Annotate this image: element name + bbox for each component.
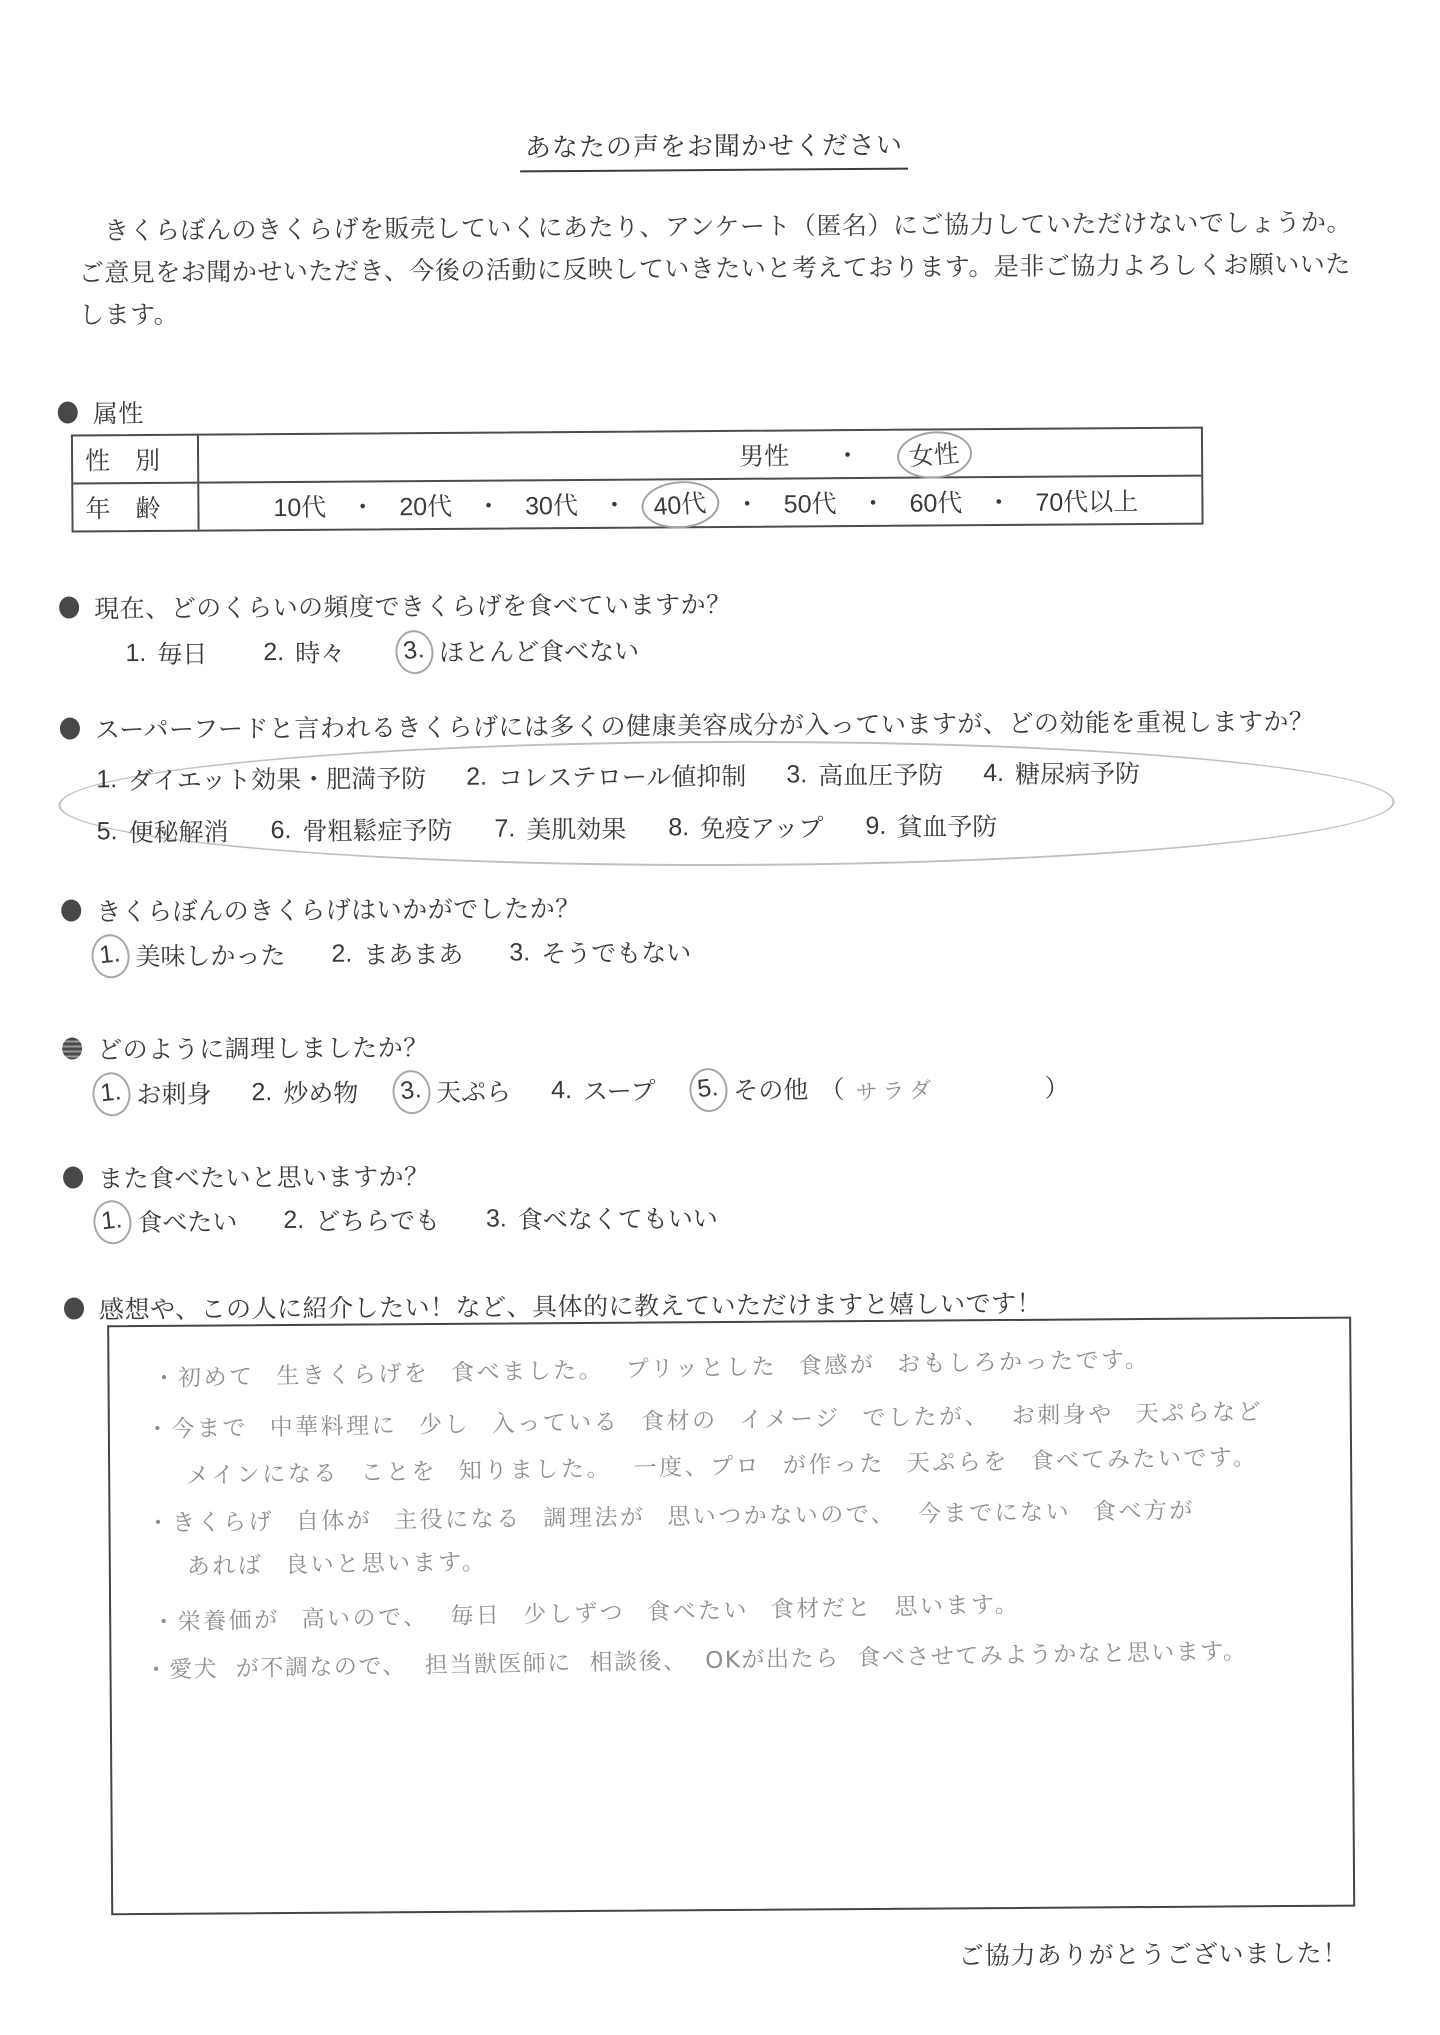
option-number: 2. <box>466 762 487 791</box>
option-sometimes: 2.時々 <box>263 634 345 671</box>
option-immunity: 8.免疫アップ <box>668 808 823 845</box>
age-option-20s: 20代 <box>399 487 452 523</box>
option-text: 便秘解消 <box>128 812 228 849</box>
option-tempura: 3.天ぷら <box>398 1072 511 1109</box>
bullet-icon <box>63 1166 83 1188</box>
paren-open: （ <box>819 1070 844 1106</box>
option-number: 4. <box>983 759 1004 788</box>
handdrawn-circle: 1. <box>90 1070 133 1118</box>
age-option-30s: 30代 <box>525 486 578 522</box>
age-option-50s: 50代 <box>784 484 837 520</box>
option-delicious: 1.美味しかった <box>97 936 285 973</box>
option-text: スープ <box>583 1071 656 1108</box>
option-number: 2. <box>251 1078 272 1107</box>
handdrawn-circle: 5. <box>687 1066 730 1114</box>
option-number: 2. <box>283 1205 304 1234</box>
option-text: ほとんど食べない <box>439 632 639 669</box>
question-eat-again-options: 1.食べたい 2.どちらでも 3.食べなくてもいい <box>99 1199 718 1239</box>
option-rarely: 3.ほとんど食べない <box>401 632 639 670</box>
gender-row: 性 別 男性 ・ 女性 <box>73 429 1201 483</box>
option-number: 6. <box>270 815 291 844</box>
handdrawn-circle-40s: 40代 <box>640 478 721 531</box>
age-row: 年 齢 10代 ・ 20代 ・ 30代 ・ 40代 ・ 50代 ・ 60代 ・ … <box>73 475 1201 531</box>
question-eat-again-heading: また食べたいと思いますか？ <box>63 1157 430 1196</box>
option-text: 骨粗鬆症予防 <box>302 811 452 848</box>
bullet-icon <box>59 596 79 618</box>
age-option-60s: 60代 <box>909 483 962 519</box>
question-eat-again-label: また食べたいと思いますか？ <box>98 1157 430 1195</box>
option-stirfry: 2.炒め物 <box>251 1074 358 1111</box>
separator-dot: ・ <box>602 486 627 522</box>
option-text: 炒め物 <box>283 1074 358 1111</box>
option-want-to-eat: 1.食べたい <box>99 1202 237 1239</box>
option-number: 2. <box>331 939 352 968</box>
option-text: コレステロール値抑制 <box>498 757 747 795</box>
separator-dot: ・ <box>986 483 1011 519</box>
age-options-cell: 10代 ・ 20代 ・ 30代 ・ 40代 ・ 50代 ・ 60代 ・ 70代以… <box>199 477 1201 530</box>
page-title: あなたの声をお聞かせください <box>520 125 908 173</box>
option-text: その他 <box>733 1070 808 1107</box>
option-text: まあまあ <box>363 935 463 972</box>
option-text: 時々 <box>295 634 345 670</box>
section-attributes-label: 属性 <box>93 394 144 430</box>
option-anemia: 9.貧血予防 <box>865 807 997 844</box>
age-option-10s: 10代 <box>273 488 326 524</box>
option-constipation: 5.便秘解消 <box>97 812 229 849</box>
option-text: 高血圧予防 <box>818 755 943 792</box>
handdrawn-circle: 1. <box>89 932 132 980</box>
handdrawn-circle: 3. <box>390 1068 433 1116</box>
question-frequency-heading: 現在、どのくらいの頻度できくらげを食べていますか？ <box>59 585 732 626</box>
closing-text: ご協力ありがとうございました！ <box>958 1934 1348 1973</box>
option-everyday: 1.毎日 <box>125 635 207 672</box>
option-blood-pressure: 3.高血圧予防 <box>786 755 943 792</box>
option-number: 3. <box>786 760 807 789</box>
option-number: 3. <box>509 938 530 967</box>
bullet-icon <box>58 401 78 423</box>
handwritten-answer-salad: サラダ <box>855 1068 1034 1106</box>
sheet: あなたの声をお聞かせください きくらぼんのきくらげを販売していくにあたり、アンケ… <box>0 0 1440 2035</box>
attributes-table: 性 別 男性 ・ 女性 年 齢 10代 ・ 20代 ・ 30代 ・ 40代 ・ <box>71 427 1204 533</box>
option-number: 1. <box>96 765 117 794</box>
question-benefits-options-row2: 5.便秘解消 6.骨粗鬆症予防 7.美肌効果 8.免疫アップ 9.貧血予防 <box>97 807 998 849</box>
option-text: 天ぷら <box>436 1072 511 1109</box>
option-text: 美味しかった <box>135 936 285 973</box>
scanned-survey-page: あなたの声をお聞かせください きくらぼんのきくらげを販売していくにあたり、アンケ… <box>0 0 1440 2035</box>
option-text: どちらでも <box>315 1201 440 1238</box>
option-number: 3. <box>486 1204 507 1233</box>
option-sashimi: 1.お刺身 <box>98 1075 211 1112</box>
option-cholesterol: 2.コレステロール値抑制 <box>466 757 746 795</box>
handdrawn-circle-female: 女性 <box>895 428 973 481</box>
option-number: 8. <box>668 813 689 842</box>
separator-dot: ・ <box>860 484 885 520</box>
bullet-icon <box>61 899 81 921</box>
option-text: 毎日 <box>157 635 207 671</box>
question-cooking-heading: どのように調理しましたか？ <box>62 1028 429 1067</box>
separator-dot: ・ <box>735 485 760 521</box>
option-text: 貧血予防 <box>897 807 997 844</box>
option-number: 7. <box>494 814 515 843</box>
question-cooking-options: 1.お刺身 2.炒め物 3.天ぷら 4.スープ 5. その他 （ サラダ ） <box>98 1069 1069 1112</box>
option-osteoporosis: 6.骨粗鬆症予防 <box>270 811 452 848</box>
option-text: 食べたい <box>137 1202 237 1239</box>
question-taste-options: 1.美味しかった 2.まあまあ 3.そうでもない <box>97 933 691 973</box>
option-number: 1. <box>125 638 146 667</box>
question-benefits-heading: スーパーフードと言われるきくらげには多くの健康美容成分が入っていますが、どの効能… <box>60 702 1315 747</box>
bullet-icon <box>64 1297 84 1319</box>
question-taste-label: きくらぼんのきくらげはいかがでしたか？ <box>96 889 581 928</box>
gender-option-male: 男性 <box>739 437 789 473</box>
option-text: お刺身 <box>136 1075 211 1112</box>
question-frequency-label: 現在、どのくらいの頻度できくらげを食べていますか？ <box>94 585 732 625</box>
question-frequency-options: 1.毎日 2.時々 3.ほとんど食べない <box>125 632 639 672</box>
option-text: そうでもない <box>541 933 691 970</box>
option-number: 4. <box>551 1076 572 1105</box>
question-taste-heading: きくらぼんのきくらげはいかがでしたか？ <box>61 889 581 929</box>
handdrawn-circle: 3. <box>393 628 436 676</box>
option-number: 5. <box>97 817 118 846</box>
paren-close: ） <box>1044 1069 1069 1105</box>
option-other: 5. その他 （ サラダ ） <box>695 1069 1069 1108</box>
intro-paragraph: きくらぼんのきくらげを販売していくにあたり、アンケート（匿名）にご協力していただ… <box>78 201 1379 336</box>
gender-option-female: 女性 <box>908 439 960 471</box>
option-number: 2. <box>263 638 284 667</box>
age-header: 年 齢 <box>73 484 199 531</box>
option-text: 糖尿病予防 <box>1015 754 1140 791</box>
handwritten-comment-line: あれば 良いと思います。 <box>187 1543 488 1581</box>
option-dont-need: 3.食べなくてもいい <box>486 1199 718 1237</box>
age-option-70s-plus: 70代以上 <box>1035 482 1138 519</box>
option-skin: 7.美肌効果 <box>494 810 626 847</box>
option-soso: 2.まあまあ <box>331 935 463 972</box>
handdrawn-circle: 1. <box>91 1198 134 1246</box>
gender-header: 性 別 <box>73 436 199 483</box>
section-attributes-heading: 属性 <box>58 394 144 431</box>
option-number: 9. <box>865 811 886 840</box>
option-not-really: 3.そうでもない <box>509 933 691 970</box>
title-row: あなたの声をお聞かせください <box>0 121 1434 176</box>
separator-dot: ・ <box>835 436 860 472</box>
separator-dot: ・ <box>350 487 375 523</box>
separator-dot: ・ <box>476 487 501 523</box>
question-cooking-label: どのように調理しましたか？ <box>97 1028 429 1066</box>
option-text: ダイエット効果・肥満予防 <box>128 759 426 797</box>
question-benefits-options-row1: 1.ダイエット効果・肥満予防 2.コレステロール値抑制 3.高血圧予防 4.糖尿… <box>96 754 1140 797</box>
option-diet: 1.ダイエット効果・肥満予防 <box>96 759 426 797</box>
age-option-40s: 40代 <box>653 489 708 521</box>
gender-options-cell: 男性 ・ 女性 <box>199 429 1201 482</box>
option-either-way: 2.どちらでも <box>283 1201 440 1238</box>
option-text: 美肌効果 <box>526 810 626 847</box>
option-diabetes: 4.糖尿病予防 <box>983 754 1140 791</box>
question-benefits-label: スーパーフードと言われるきくらげには多くの健康美容成分が入っていますが、どの効能… <box>95 702 1315 747</box>
option-soup: 4.スープ <box>551 1071 656 1108</box>
option-text: 食べなくてもいい <box>518 1199 718 1236</box>
bullet-icon <box>60 717 80 739</box>
option-text: 免疫アップ <box>700 808 824 845</box>
bullet-icon <box>62 1037 82 1059</box>
